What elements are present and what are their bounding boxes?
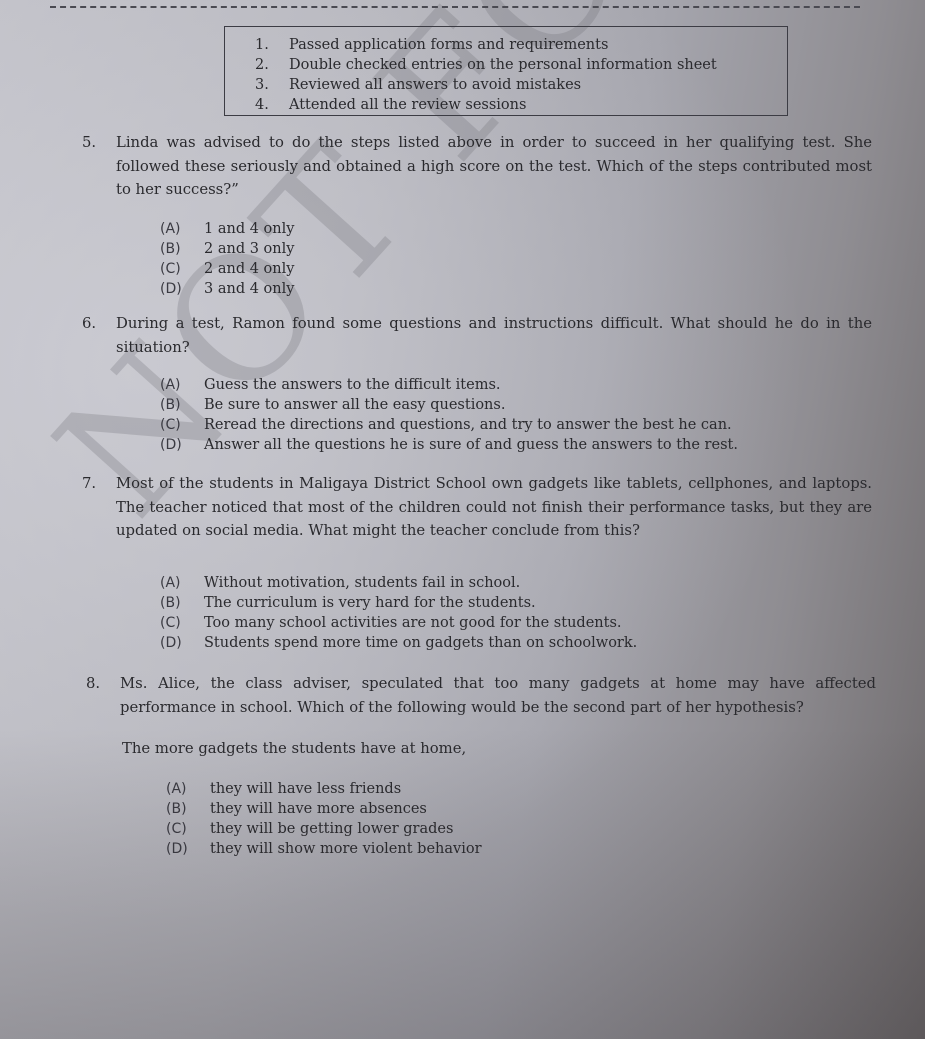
choice-a[interactable]: (A)Without motivation, students fail in … xyxy=(160,573,637,593)
question-6: 6. During a test, Ramon found some quest… xyxy=(82,312,872,359)
question-stem: Linda was advised to do the steps listed… xyxy=(116,131,872,202)
choice-d[interactable]: (D)3 and 4 only xyxy=(160,279,294,299)
choice-b[interactable]: (B)they will have more absences xyxy=(166,799,482,819)
choice-a[interactable]: (A)1 and 4 only xyxy=(160,219,294,239)
question-8: 8. Ms. Alice, the class adviser, specula… xyxy=(86,672,876,719)
choice-b[interactable]: (B)2 and 3 only xyxy=(160,239,294,259)
step-item: 1.Passed application forms and requireme… xyxy=(255,35,787,55)
question-7: 7. Most of the students in Maligaya Dist… xyxy=(82,472,872,543)
question-number: 5. xyxy=(82,131,116,202)
steps-box: 1.Passed application forms and requireme… xyxy=(224,26,788,116)
choice-c[interactable]: (C)2 and 4 only xyxy=(160,259,294,279)
choice-a[interactable]: (A)they will have less friends xyxy=(166,779,482,799)
choice-b[interactable]: (B)Be sure to answer all the easy questi… xyxy=(160,395,738,415)
step-item: 3.Reviewed all answers to avoid mistakes xyxy=(255,75,787,95)
choice-c[interactable]: (C)they will be getting lower grades xyxy=(166,819,482,839)
question-stem: During a test, Ramon found some question… xyxy=(116,312,872,359)
question-number: 6. xyxy=(82,312,116,359)
step-item: 4.Attended all the review sessions xyxy=(255,95,787,115)
exam-page: NOT FOR SALE 1.Passed application forms … xyxy=(0,0,925,1039)
question-number: 7. xyxy=(82,472,116,543)
choice-d[interactable]: (D)Students spend more time on gadgets t… xyxy=(160,633,637,653)
choice-a[interactable]: (A)Guess the answers to the difficult it… xyxy=(160,375,738,395)
choice-d[interactable]: (D)they will show more violent behavior xyxy=(166,839,482,859)
choice-c[interactable]: (C)Too many school activities are not go… xyxy=(160,613,637,633)
hypothesis-lead-in: The more gadgets the students have at ho… xyxy=(122,740,466,757)
question-stem: Ms. Alice, the class adviser, speculated… xyxy=(120,672,876,719)
choice-c[interactable]: (C)Reread the directions and questions, … xyxy=(160,415,738,435)
step-item: 2.Double checked entries on the personal… xyxy=(255,55,787,75)
choice-d[interactable]: (D)Answer all the questions he is sure o… xyxy=(160,435,738,455)
question-5: 5. Linda was advised to do the steps lis… xyxy=(82,131,872,202)
question-stem: Most of the students in Maligaya Distric… xyxy=(116,472,872,543)
question-number: 8. xyxy=(86,672,120,719)
choice-b[interactable]: (B)The curriculum is very hard for the s… xyxy=(160,593,637,613)
dotted-divider xyxy=(50,6,860,8)
